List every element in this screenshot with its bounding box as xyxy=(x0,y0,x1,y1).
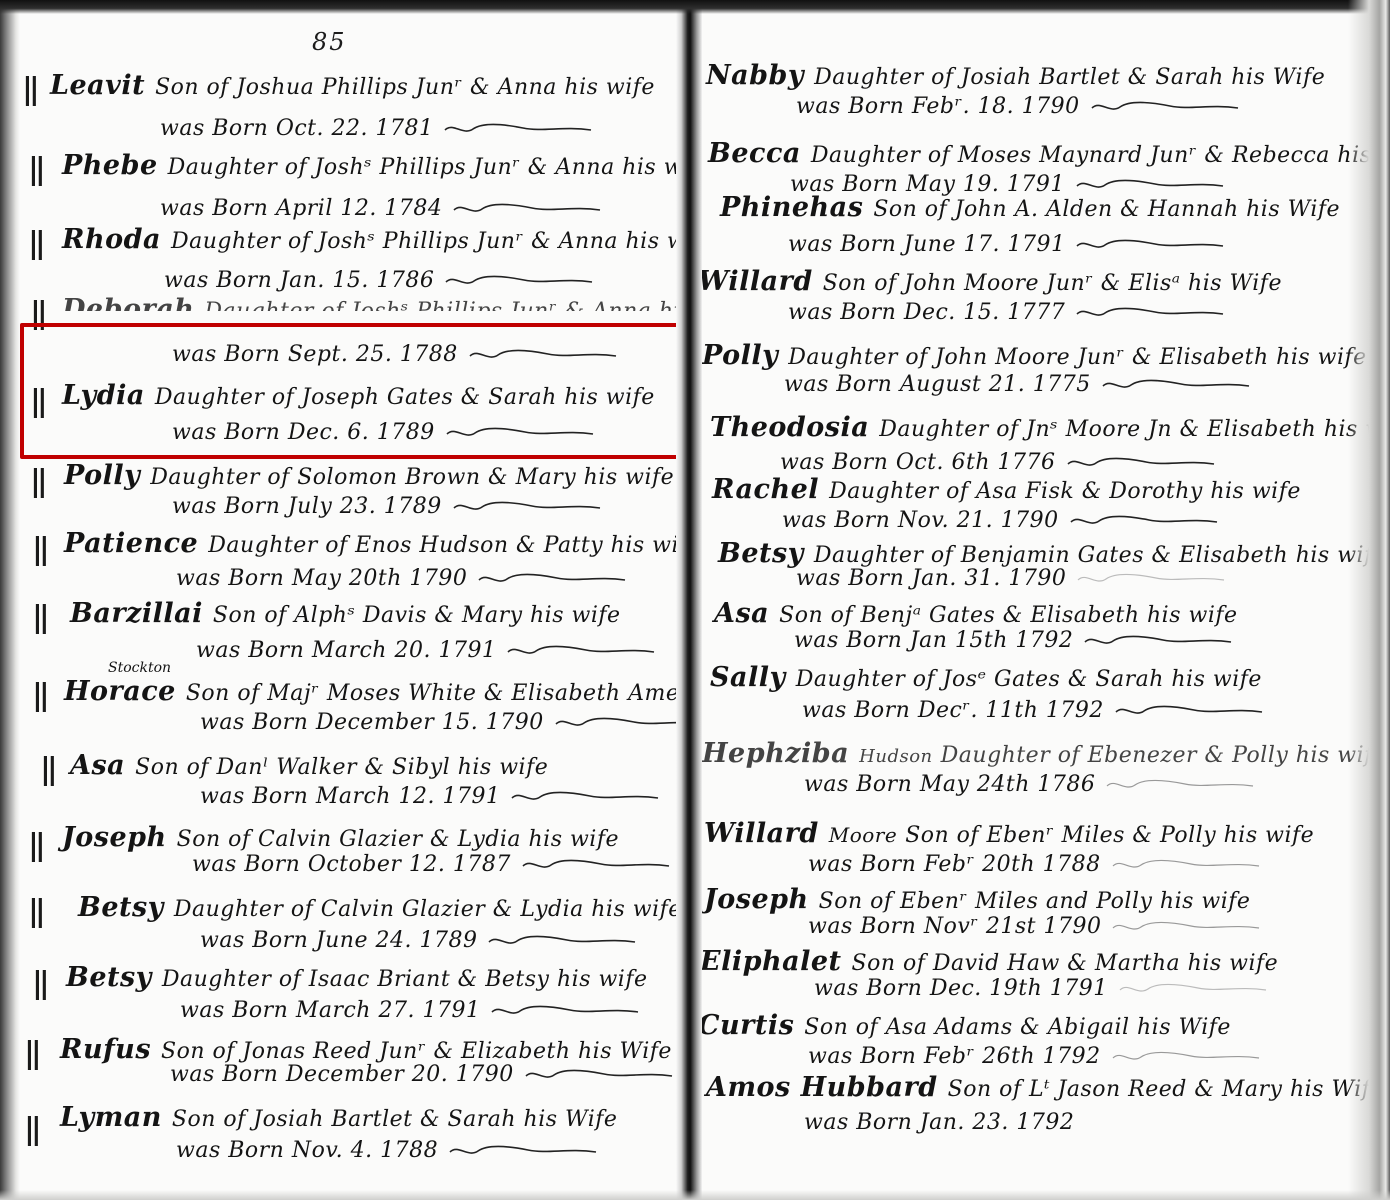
child-name: Willard xyxy=(704,818,819,849)
entry-mark: || xyxy=(28,226,42,261)
entry-birthdate: was Born December 20. 1790 xyxy=(170,1062,674,1087)
flourish-decoration xyxy=(1075,178,1225,192)
entry-parentage: BetsyDaughter of Benjamin Gates & Elisab… xyxy=(718,538,1386,569)
entry-parentage: LeavitSon of Joshua Phillips Junʳ & Anna… xyxy=(50,70,655,101)
entry-birthdate: was Born Febʳ 20th 1788 xyxy=(808,852,1261,877)
entry-parentage: PhebeDaughter of Joshˢ Phillips Junʳ & A… xyxy=(62,150,684,181)
entry-parentage: PollyDaughter of John Moore Junʳ & Elisa… xyxy=(702,340,1367,371)
child-name: Leavit xyxy=(50,70,145,101)
entry-birthdate: was Born Decʳ. 11th 1792 xyxy=(802,698,1264,723)
child-name: Deborah xyxy=(62,294,194,325)
flourish-decoration xyxy=(1075,306,1225,320)
child-name: Betsy xyxy=(78,892,164,923)
book-spine xyxy=(676,0,702,1200)
entry-parentage: PhinehasSon of John A. Alden & Hannah hi… xyxy=(720,192,1340,223)
child-name: Curtis xyxy=(698,1010,794,1041)
right-page: NabbyDaughter of Josiah Bartlet & Sarah … xyxy=(684,0,1390,1200)
flourish-decoration xyxy=(1111,920,1261,934)
entry-parentage: WillardMooreSon of Ebenʳ Miles & Polly h… xyxy=(704,818,1314,849)
entry-birthdate: was Born Jan. 15. 1786 xyxy=(164,268,594,293)
flourish-decoration xyxy=(510,790,660,804)
entry-mark: || xyxy=(32,678,46,713)
entry-mark: || xyxy=(28,828,42,863)
flourish-decoration xyxy=(443,122,593,136)
inserted-middle-name: Stockton xyxy=(108,660,171,676)
flourish-decoration xyxy=(1105,778,1255,792)
entry-birthdate: was Born March 12. 1791 xyxy=(200,784,660,809)
entry-birthdate: was Born Dec. 19th 1791 xyxy=(814,976,1268,1001)
flourish-decoration xyxy=(1090,100,1240,114)
entry-birthdate: was Born Jan. 23. 1792 xyxy=(804,1110,1074,1135)
child-name: Barzillai xyxy=(70,598,203,629)
child-name: Polly xyxy=(64,460,140,491)
child-name: Polly xyxy=(702,340,778,371)
entry-birthdate: was Born Febʳ. 18. 1790 xyxy=(796,94,1240,119)
left-page: 85 || LeavitSon of Joshua Phillips Junʳ … xyxy=(0,0,684,1200)
child-name: Theodosia xyxy=(710,412,869,443)
entry-parentage: EliphaletSon of David Haw & Martha his w… xyxy=(700,946,1278,977)
entry-parentage: AsaSon of Danˡ Walker & Sibyl his wife xyxy=(70,750,548,781)
entry-mark: || xyxy=(30,464,44,499)
inserted-middle-name: Moore xyxy=(829,823,897,847)
book-scan: 85 || LeavitSon of Joshua Phillips Junʳ … xyxy=(0,0,1390,1200)
entry-parentage: SallyDaughter of Josᵉ Gates & Sarah his … xyxy=(710,662,1262,693)
entry-birthdate: was Born August 21. 1775 xyxy=(784,372,1251,397)
entry-mark: || xyxy=(32,600,46,635)
child-name: Willard xyxy=(698,266,813,297)
entry-parentage: BetsyDaughter of Calvin Glazier & Lydia … xyxy=(78,892,682,923)
entry-parentage: PollyDaughter of Solomon Brown & Mary hi… xyxy=(64,460,674,491)
entry-parentage: HephzibaHudsonDaughter of Ebenezer & Pol… xyxy=(702,738,1386,769)
child-name: Rufus xyxy=(60,1034,151,1065)
top-edge xyxy=(0,0,1390,14)
flourish-decoration xyxy=(490,1004,640,1018)
entry-birthdate: was Born Dec. 15. 1777 xyxy=(788,300,1225,325)
entry-birthdate: was Born Novʳ 21st 1790 xyxy=(808,914,1261,939)
flourish-decoration xyxy=(1083,634,1233,648)
flourish-decoration xyxy=(1066,456,1216,470)
entry-birthdate: was Born Febʳ 26th 1792 xyxy=(808,1044,1261,1069)
entry-mark: || xyxy=(22,72,36,107)
entry-parentage: BarzillaiSon of Alphˢ Davis & Mary his w… xyxy=(70,598,621,629)
entry-mark: || xyxy=(28,894,42,929)
flourish-decoration xyxy=(452,202,602,216)
entry-mark: || xyxy=(24,1036,38,1071)
child-name: Patience xyxy=(64,528,198,559)
flourish-decoration xyxy=(1111,858,1261,872)
child-name: Amos Hubbard xyxy=(706,1072,938,1103)
entry-mark: || xyxy=(32,966,46,1001)
child-name: Horace xyxy=(64,676,176,707)
flourish-decoration xyxy=(524,1068,674,1082)
flourish-decoration xyxy=(554,716,684,730)
entry-birthdate: was Born Jan. 31. 1790 xyxy=(796,566,1226,591)
entry-birthdate: was Born March 20. 1791 xyxy=(196,638,656,663)
entry-birthdate: was Born Nov. 4. 1788 xyxy=(176,1138,598,1163)
entry-parentage: JosephSon of Calvin Glazier & Lydia his … xyxy=(62,822,619,853)
child-name: Betsy xyxy=(718,538,804,569)
entry-parentage: RufusSon of Jonas Reed Junʳ & Elizabeth … xyxy=(60,1034,672,1065)
bottom-edge xyxy=(0,1190,1390,1200)
entry-birthdate: was Born April 12. 1784 xyxy=(160,196,602,221)
entry-birthdate: was Born May 20th 1790 xyxy=(176,566,627,591)
flourish-decoration xyxy=(487,934,637,948)
flourish-decoration xyxy=(1069,514,1219,528)
entry-parentage: LymanSon of Josiah Bartlet & Sarah his W… xyxy=(60,1102,617,1133)
entry-birthdate: was Born Nov. 21. 1790 xyxy=(782,508,1219,533)
entry-mark: || xyxy=(40,752,54,787)
flourish-decoration xyxy=(448,1144,598,1158)
entry-mark: || xyxy=(32,532,46,567)
flourish-decoration xyxy=(477,572,627,586)
entry-birthdate: was Born June 24. 1789 xyxy=(200,928,637,953)
flourish-decoration xyxy=(452,500,602,514)
flourish-decoration xyxy=(444,274,594,288)
entry-birthdate: was Born October 12. 1787 xyxy=(192,852,671,877)
entry-birthdate: was Born March 27. 1791 xyxy=(180,998,640,1023)
entry-birthdate: was Born July 23. 1789 xyxy=(172,494,602,519)
flourish-decoration xyxy=(1075,238,1225,252)
entry-parentage: BetsyDaughter of Isaac Briant & Betsy hi… xyxy=(66,962,648,993)
flourish-decoration xyxy=(521,858,671,872)
child-name: Betsy xyxy=(66,962,152,993)
entry-parentage: TheodosiaDaughter of Jnˢ Moore Jn & Elis… xyxy=(710,412,1390,443)
child-name: Joseph xyxy=(62,822,167,853)
child-name: Eliphalet xyxy=(700,946,842,977)
entry-parentage: AsaSon of Benjᵃ Gates & Elisabeth his wi… xyxy=(714,598,1238,629)
entry-parentage: PatienceDaughter of Enos Hudson & Patty … xyxy=(64,528,684,559)
entry-parentage: DeborahDaughter of Joshˢ Phillips Junʳ &… xyxy=(62,294,684,325)
entry-parentage: WillardSon of John Moore Junʳ & Elisᵃ hi… xyxy=(698,266,1282,297)
flourish-decoration xyxy=(506,644,656,658)
entry-mark: || xyxy=(24,1112,38,1147)
entry-parentage: JosephSon of Ebenʳ Miles and Polly his w… xyxy=(704,884,1250,915)
flourish-decoration xyxy=(1076,572,1226,586)
child-name: Asa xyxy=(70,750,125,781)
flourish-decoration xyxy=(1101,378,1251,392)
right-page-edge xyxy=(1348,0,1390,1200)
child-name: Asa xyxy=(714,598,769,629)
flourish-decoration xyxy=(1114,704,1264,718)
child-name: Nabby xyxy=(706,60,804,91)
child-name: Phinehas xyxy=(720,192,863,223)
inserted-surname: Hudson xyxy=(859,746,932,767)
child-name: Rhoda xyxy=(62,224,161,255)
entry-birthdate: was Born Jan 15th 1792 xyxy=(794,628,1233,653)
highlight-box xyxy=(20,323,680,459)
entry-parentage: CurtisSon of Asa Adams & Abigail his Wif… xyxy=(698,1010,1231,1041)
child-name: Lyman xyxy=(60,1102,162,1133)
entry-parentage: HoraceSon of Majʳ Moses White & Elisabet… xyxy=(64,676,684,707)
child-name: Becca xyxy=(708,138,801,169)
entry-mark: || xyxy=(28,152,42,187)
entry-birthdate: was Born Oct. 6th 1776 xyxy=(780,450,1216,475)
page-number: 85 xyxy=(312,28,347,56)
entry-birthdate: was Born June 17. 1791 xyxy=(788,232,1225,257)
child-name: Sally xyxy=(710,662,786,693)
entry-birthdate: was Born Oct. 22. 1781 xyxy=(160,116,593,141)
entry-parentage: RhodaDaughter of Joshˢ Phillips Junʳ & A… xyxy=(62,224,684,255)
child-name: Joseph xyxy=(704,884,809,915)
flourish-decoration xyxy=(1111,1050,1261,1064)
child-name: Phebe xyxy=(62,150,158,181)
child-name: Rachel xyxy=(712,474,819,505)
entry-parentage: NabbyDaughter of Josiah Bartlet & Sarah … xyxy=(706,60,1325,91)
entry-parentage: BeccaDaughter of Moses Maynard Junʳ & Re… xyxy=(708,138,1390,169)
flourish-decoration xyxy=(1118,982,1268,996)
entry-birthdate: was Born December 15. 1790 xyxy=(200,710,684,735)
entry-parentage: Amos HubbardSon of Lᵗ Jason Reed & Mary … xyxy=(706,1072,1384,1103)
entry-birthdate: was Born May 24th 1786 xyxy=(804,772,1255,797)
entry-parentage: RachelDaughter of Asa Fisk & Dorothy his… xyxy=(712,474,1301,505)
child-name: Hephziba xyxy=(702,738,849,769)
